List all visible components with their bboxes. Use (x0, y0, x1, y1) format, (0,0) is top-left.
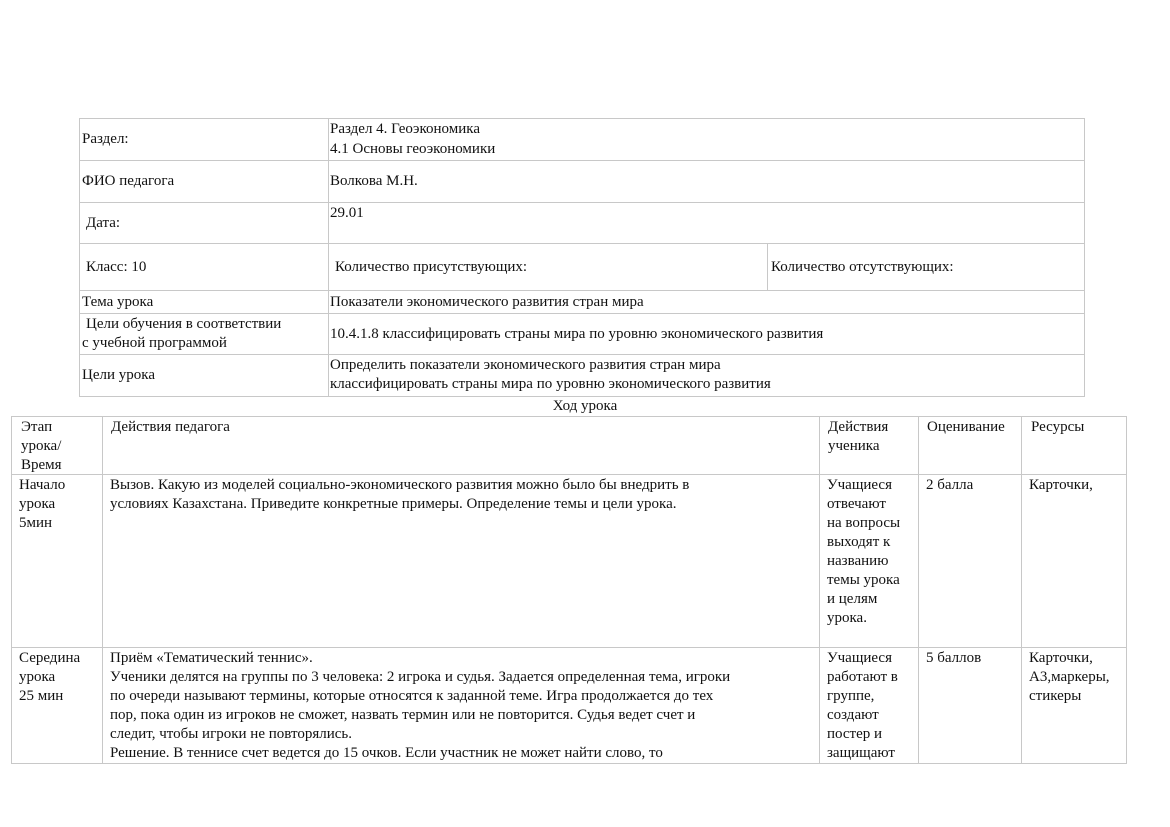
goals-value-1: Определить показатели экономического раз… (330, 356, 721, 375)
divider (79, 290, 1085, 291)
divider (11, 474, 1127, 475)
header-student-actions: Действия ученика (828, 418, 888, 456)
divider (79, 313, 1085, 314)
section-value: Раздел 4. Геоэкономика (330, 120, 480, 139)
divider (79, 202, 1085, 203)
divider (79, 160, 1085, 161)
teacher-label: ФИО педагога (82, 172, 174, 191)
header-resources: Ресурсы (1031, 418, 1084, 437)
row-assessment: 5 баллов (926, 649, 981, 668)
divider (11, 647, 1127, 648)
section-label: Раздел: (82, 130, 129, 149)
divider (11, 416, 1127, 417)
lesson-flow-heading: Ход урока (0, 397, 1170, 416)
date-value: 29.01 (330, 204, 364, 223)
absent-count-label: Количество отсутствующих: (771, 258, 954, 277)
divider (1126, 416, 1127, 764)
divider (102, 416, 103, 764)
divider (79, 118, 80, 397)
row-stage: Середина урока 25 мин (19, 649, 80, 706)
divider (79, 243, 1085, 244)
teacher-value: Волкова М.Н. (330, 172, 418, 191)
divider (11, 416, 12, 764)
objectives-value: 10.4.1.8 классифицировать страны мира по… (330, 325, 823, 344)
subsection-value: 4.1 Основы геоэкономики (330, 140, 495, 159)
divider (11, 763, 1127, 764)
objectives-label-cont: с учебной программой (82, 334, 227, 353)
row-student-actions: Учащиеся работают в группе, создают пост… (827, 649, 898, 763)
divider (918, 416, 919, 764)
divider (79, 354, 1085, 355)
objectives-label: Цели обучения в соответствии (86, 315, 281, 334)
row-resources: Карточки, (1029, 476, 1093, 495)
topic-label: Тема урока (82, 293, 153, 312)
divider (819, 416, 820, 764)
row-resources: Карточки, А3,маркеры, стикеры (1029, 649, 1110, 706)
row-teacher-actions: Приём «Тематический теннис». Ученики дел… (110, 649, 730, 763)
header-assessment: Оценивание (927, 418, 1005, 437)
date-label: Дата: (86, 214, 120, 233)
divider (767, 243, 768, 291)
goals-value-2: классифицировать страны мира по уровню э… (330, 375, 771, 394)
row-stage: Начало урока 5мин (19, 476, 65, 533)
divider (328, 118, 329, 397)
header-teacher-actions: Действия педагога (111, 418, 230, 437)
class-label: Класс: 10 (86, 258, 146, 277)
header-stage: Этап урока/ Время (21, 418, 62, 475)
present-count-label: Количество присутствующих: (335, 258, 527, 277)
topic-value: Показатели экономического развития стран… (330, 293, 644, 312)
row-teacher-actions: Вызов. Какую из моделей социально-эконом… (110, 476, 689, 514)
divider (1084, 118, 1085, 397)
goals-label: Цели урока (82, 366, 155, 385)
divider (79, 118, 1085, 119)
row-student-actions: Учащиеся отвечают на вопросы выходят к н… (827, 476, 900, 628)
divider (1021, 416, 1022, 764)
row-assessment: 2 балла (926, 476, 973, 495)
